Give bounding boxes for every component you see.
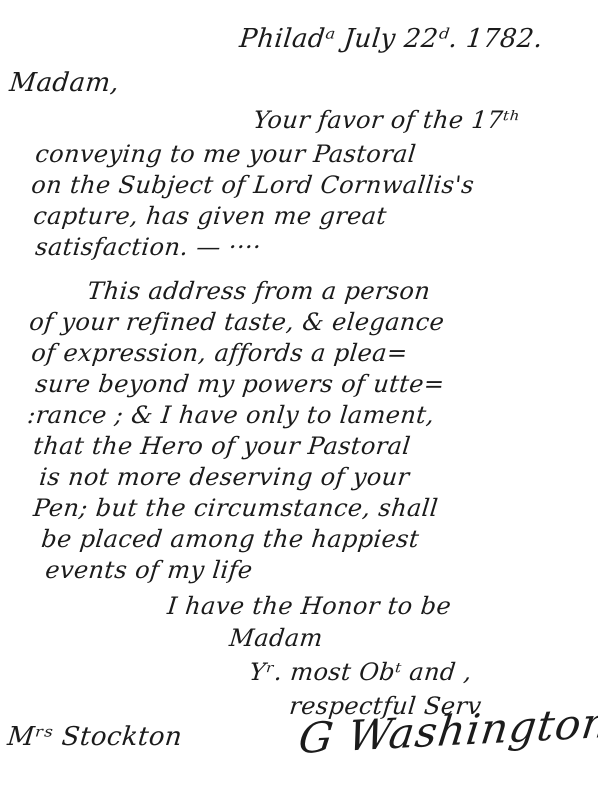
paragraph2-line: is not more deserving of your	[38, 463, 411, 491]
paragraph2-line: :rance ; & I have only to lament,	[26, 401, 436, 429]
salutation: Madam,	[8, 68, 121, 98]
paragraph1-line: on the Subject of Lord Cornwallis's	[30, 171, 476, 199]
closing-madam-line: Madam	[228, 624, 324, 652]
paragraph2-line: sure beyond my powers of utte=	[34, 370, 446, 398]
paragraph1-line: conveying to me your Pastoral	[34, 140, 417, 168]
paragraph1-line: capture, has given me great	[32, 202, 388, 230]
paragraph2-line: of your refined taste, & elegance	[28, 308, 446, 336]
closing-honor-line: I have the Honor to be	[166, 592, 453, 620]
paragraph1-opening-line: Your favor of the 17ᵗʰ	[252, 106, 522, 134]
paragraph2-line: Pen; but the circumstance, shall	[32, 494, 440, 522]
paragraph1-line: satisfaction. — ····	[34, 233, 262, 261]
letter-page: Philadᵃ July 22ᵈ. 1782. Madam, Your favo…	[0, 0, 598, 800]
paragraph2-line: that the Hero of your Pastoral	[32, 432, 412, 460]
paragraph2-line: of expression, affords a plea=	[30, 339, 409, 367]
paragraph2-line: be placed among the happiest	[40, 525, 421, 553]
paragraph2-line: events of my life	[44, 556, 254, 584]
addressee-mrs-stockton: Mʳˢ Stockton	[6, 722, 184, 752]
dateline: Philadᵃ July 22ᵈ. 1782.	[238, 24, 544, 54]
paragraph2-opening-line: This address from a person	[86, 277, 432, 305]
closing-obedient-line: Yʳ. most Obᵗ and ,	[248, 658, 473, 686]
